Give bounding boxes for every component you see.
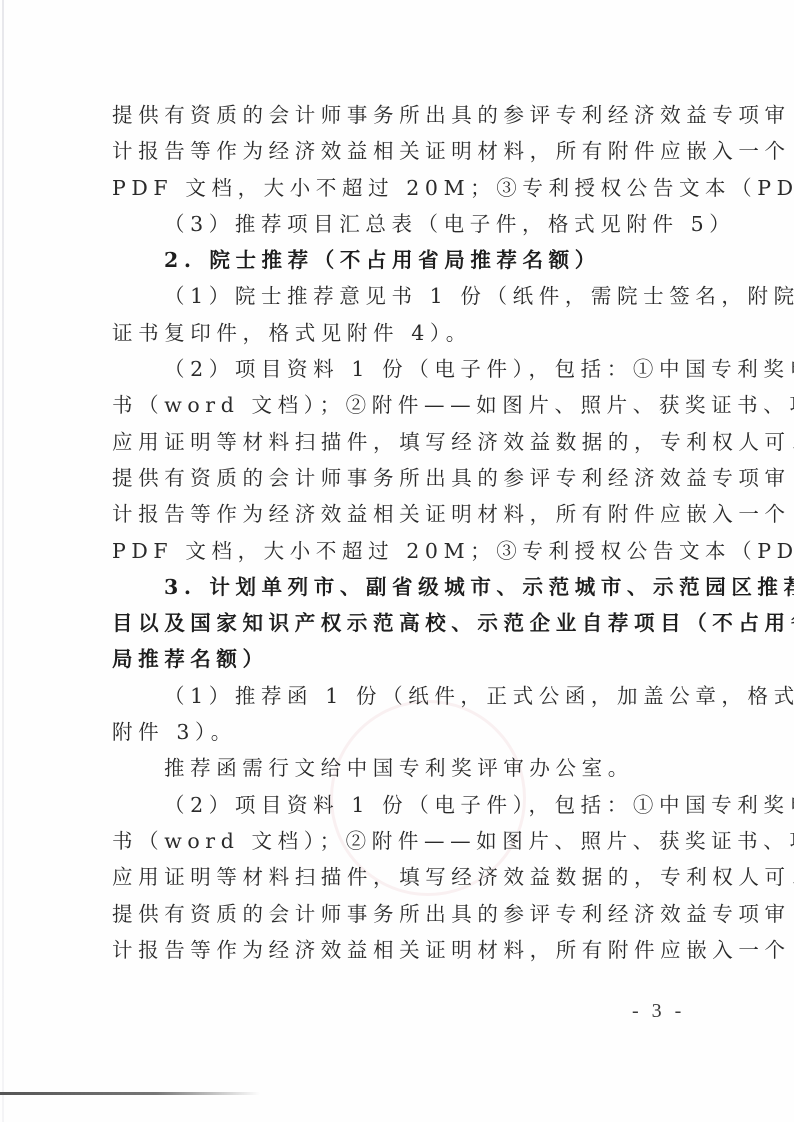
- text-line: （2）项目资料 1 份（电子件），包括：①中国专利奖申报: [112, 351, 688, 387]
- text-line: 应用证明等材料扫描件，填写经济效益数据的，专利权人可以: [112, 424, 688, 460]
- page-number: - 3 -: [632, 1000, 685, 1023]
- text-line: 证书复印件，格式见附件 4）。: [112, 315, 688, 351]
- scan-edge: [2, 0, 4, 1122]
- text-line: （1）推荐函 1 份（纸件，正式公函，加盖公章，格式见: [112, 678, 688, 714]
- text-line: 提供有资质的会计师事务所出具的参评专利经济效益专项审: [112, 97, 688, 133]
- text-line: 计报告等作为经济效益相关证明材料，所有附件应嵌入一个: [112, 496, 688, 532]
- section-heading: 目以及国家知识产权示范高校、示范企业自荐项目（不占用省: [112, 605, 688, 641]
- text-line: 计报告等作为经济效益相关证明材料，所有附件应嵌入一个: [112, 932, 688, 968]
- section-heading: 3. 计划单列市、副省级城市、示范城市、示范园区推荐项: [112, 569, 688, 605]
- text-line: （2）项目资料 1 份（电子件），包括：①中国专利奖申报: [112, 787, 688, 823]
- text-line: 计报告等作为经济效益相关证明材料，所有附件应嵌入一个: [112, 133, 688, 169]
- text-line: （1）院士推荐意见书 1 份（纸件，需院士签名，附院士: [112, 278, 688, 314]
- text-line: 提供有资质的会计师事务所出具的参评专利经济效益专项审: [112, 896, 688, 932]
- document-page: 提供有资质的会计师事务所出具的参评专利经济效益专项审 计报告等作为经济效益相关证…: [0, 0, 794, 1122]
- text-line: PDF 文档，大小不超过 20M；③专利授权公告文本（PDF 文档）。: [112, 170, 688, 206]
- scan-bottom-rule: [0, 1092, 260, 1095]
- section-heading: 局推荐名额）: [112, 641, 688, 677]
- text-line: 书（word 文档）；②附件——如图片、照片、获奖证书、项目: [112, 823, 688, 859]
- text-line: 应用证明等材料扫描件，填写经济效益数据的，专利权人可以: [112, 859, 688, 895]
- section-heading: 2. 院士推荐（不占用省局推荐名额）: [112, 242, 688, 278]
- document-body: 提供有资质的会计师事务所出具的参评专利经济效益专项审 计报告等作为经济效益相关证…: [112, 97, 688, 968]
- text-line: 推荐函需行文给中国专利奖评审办公室。: [112, 750, 688, 786]
- text-line: 提供有资质的会计师事务所出具的参评专利经济效益专项审: [112, 460, 688, 496]
- text-line: 附件 3）。: [112, 714, 688, 750]
- text-line: PDF 文档，大小不超过 20M；③专利授权公告文本（PDF 文档）。: [112, 533, 688, 569]
- text-line: 书（word 文档）；②附件——如图片、照片、获奖证书、项目: [112, 387, 688, 423]
- text-line: （3）推荐项目汇总表（电子件，格式见附件 5）: [112, 206, 688, 242]
